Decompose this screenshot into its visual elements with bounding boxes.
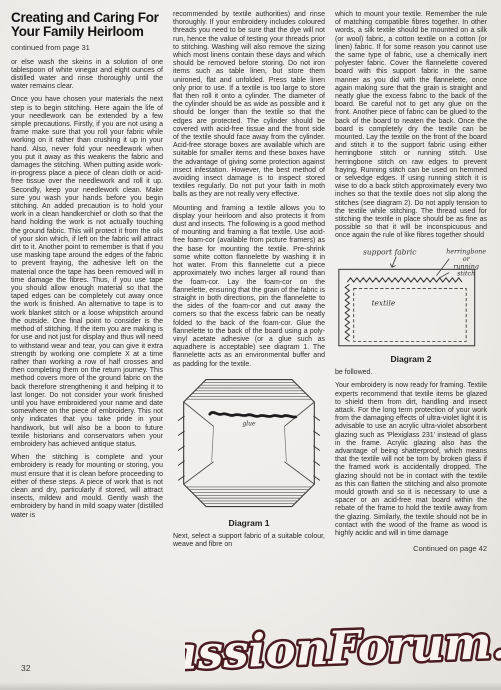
article-column-2: recommended by textile authorities) and … — [173, 11, 325, 555]
stitch-zigzag-top — [347, 278, 462, 282]
paragraph: be followed. — [335, 369, 487, 377]
textile-label: textile — [372, 298, 396, 307]
article-title-line2: Your Family Heirloom — [11, 25, 163, 39]
diagram-1-drawing: glue — [178, 374, 320, 514]
side-fold-lines — [212, 426, 287, 461]
watermark-text: PassionForum.ru — [185, 614, 501, 682]
scan-right-edge-shadow — [488, 0, 501, 690]
diagram-2-drawing: support fabric herringbone or running st… — [336, 246, 486, 350]
article-column-1: Creating and Caring For Your Family Heir… — [11, 11, 163, 555]
article-body: Creating and Caring For Your Family Heir… — [11, 11, 487, 555]
glue-line — [210, 412, 296, 417]
paragraph: Once you have chosen your materials the … — [11, 96, 163, 449]
paragraph: Next, select a support fabric of a suita… — [173, 533, 325, 549]
board-outline — [184, 379, 315, 506]
scan-bottom-edge-shadow — [0, 682, 501, 690]
diagram-2-figure: support fabric herringbone or running st… — [335, 246, 487, 363]
stitch-label-line4: stitch — [457, 269, 475, 277]
watermark-drawing: PassionForum.ru — [185, 605, 501, 689]
watermark: PassionForum.ru — [185, 605, 501, 690]
stitch-label-line1: herringbone — [446, 247, 486, 255]
paragraph: recommended by textile authorities) and … — [173, 11, 325, 200]
diagram-2-caption: Diagram 2 — [335, 355, 487, 363]
paragraph: which to mount your textile. Remember th… — [335, 11, 487, 241]
stitch-label-line2: or — [463, 256, 471, 263]
article-title: Creating and Caring For Your Family Heir… — [11, 11, 163, 39]
paragraph: Mounting and framing a textile allows yo… — [173, 205, 325, 369]
stitch-pointer-lines — [436, 258, 449, 277]
paragraph: or else wash the skeins in a solution of… — [11, 59, 163, 92]
glue-label: glue — [242, 420, 256, 427]
diagram-1-figure: glue Diagram 1 — [173, 374, 325, 527]
page-number: 32 — [21, 663, 30, 673]
top-fold-hatching — [182, 382, 316, 399]
paragraph: Your embroidery is now ready for framing… — [335, 382, 487, 538]
continued-on-note: Continued on page 42 — [335, 545, 487, 553]
magazine-page: Creating and Caring For Your Family Heir… — [0, 0, 501, 690]
textile-rect — [354, 288, 466, 341]
continued-from-note: continued from page 31 — [11, 43, 163, 52]
article-column-3: which to mount your textile. Remember th… — [335, 11, 487, 555]
stitch-zigzag-left — [345, 284, 349, 341]
support-fabric-label: support fabric — [363, 247, 416, 256]
diagram-1-caption: Diagram 1 — [173, 519, 325, 527]
article-title-line1: Creating and Caring For — [11, 11, 163, 25]
paragraph: When the stitching is complete and your … — [11, 454, 163, 520]
bottom-fold-hatching — [182, 487, 316, 504]
